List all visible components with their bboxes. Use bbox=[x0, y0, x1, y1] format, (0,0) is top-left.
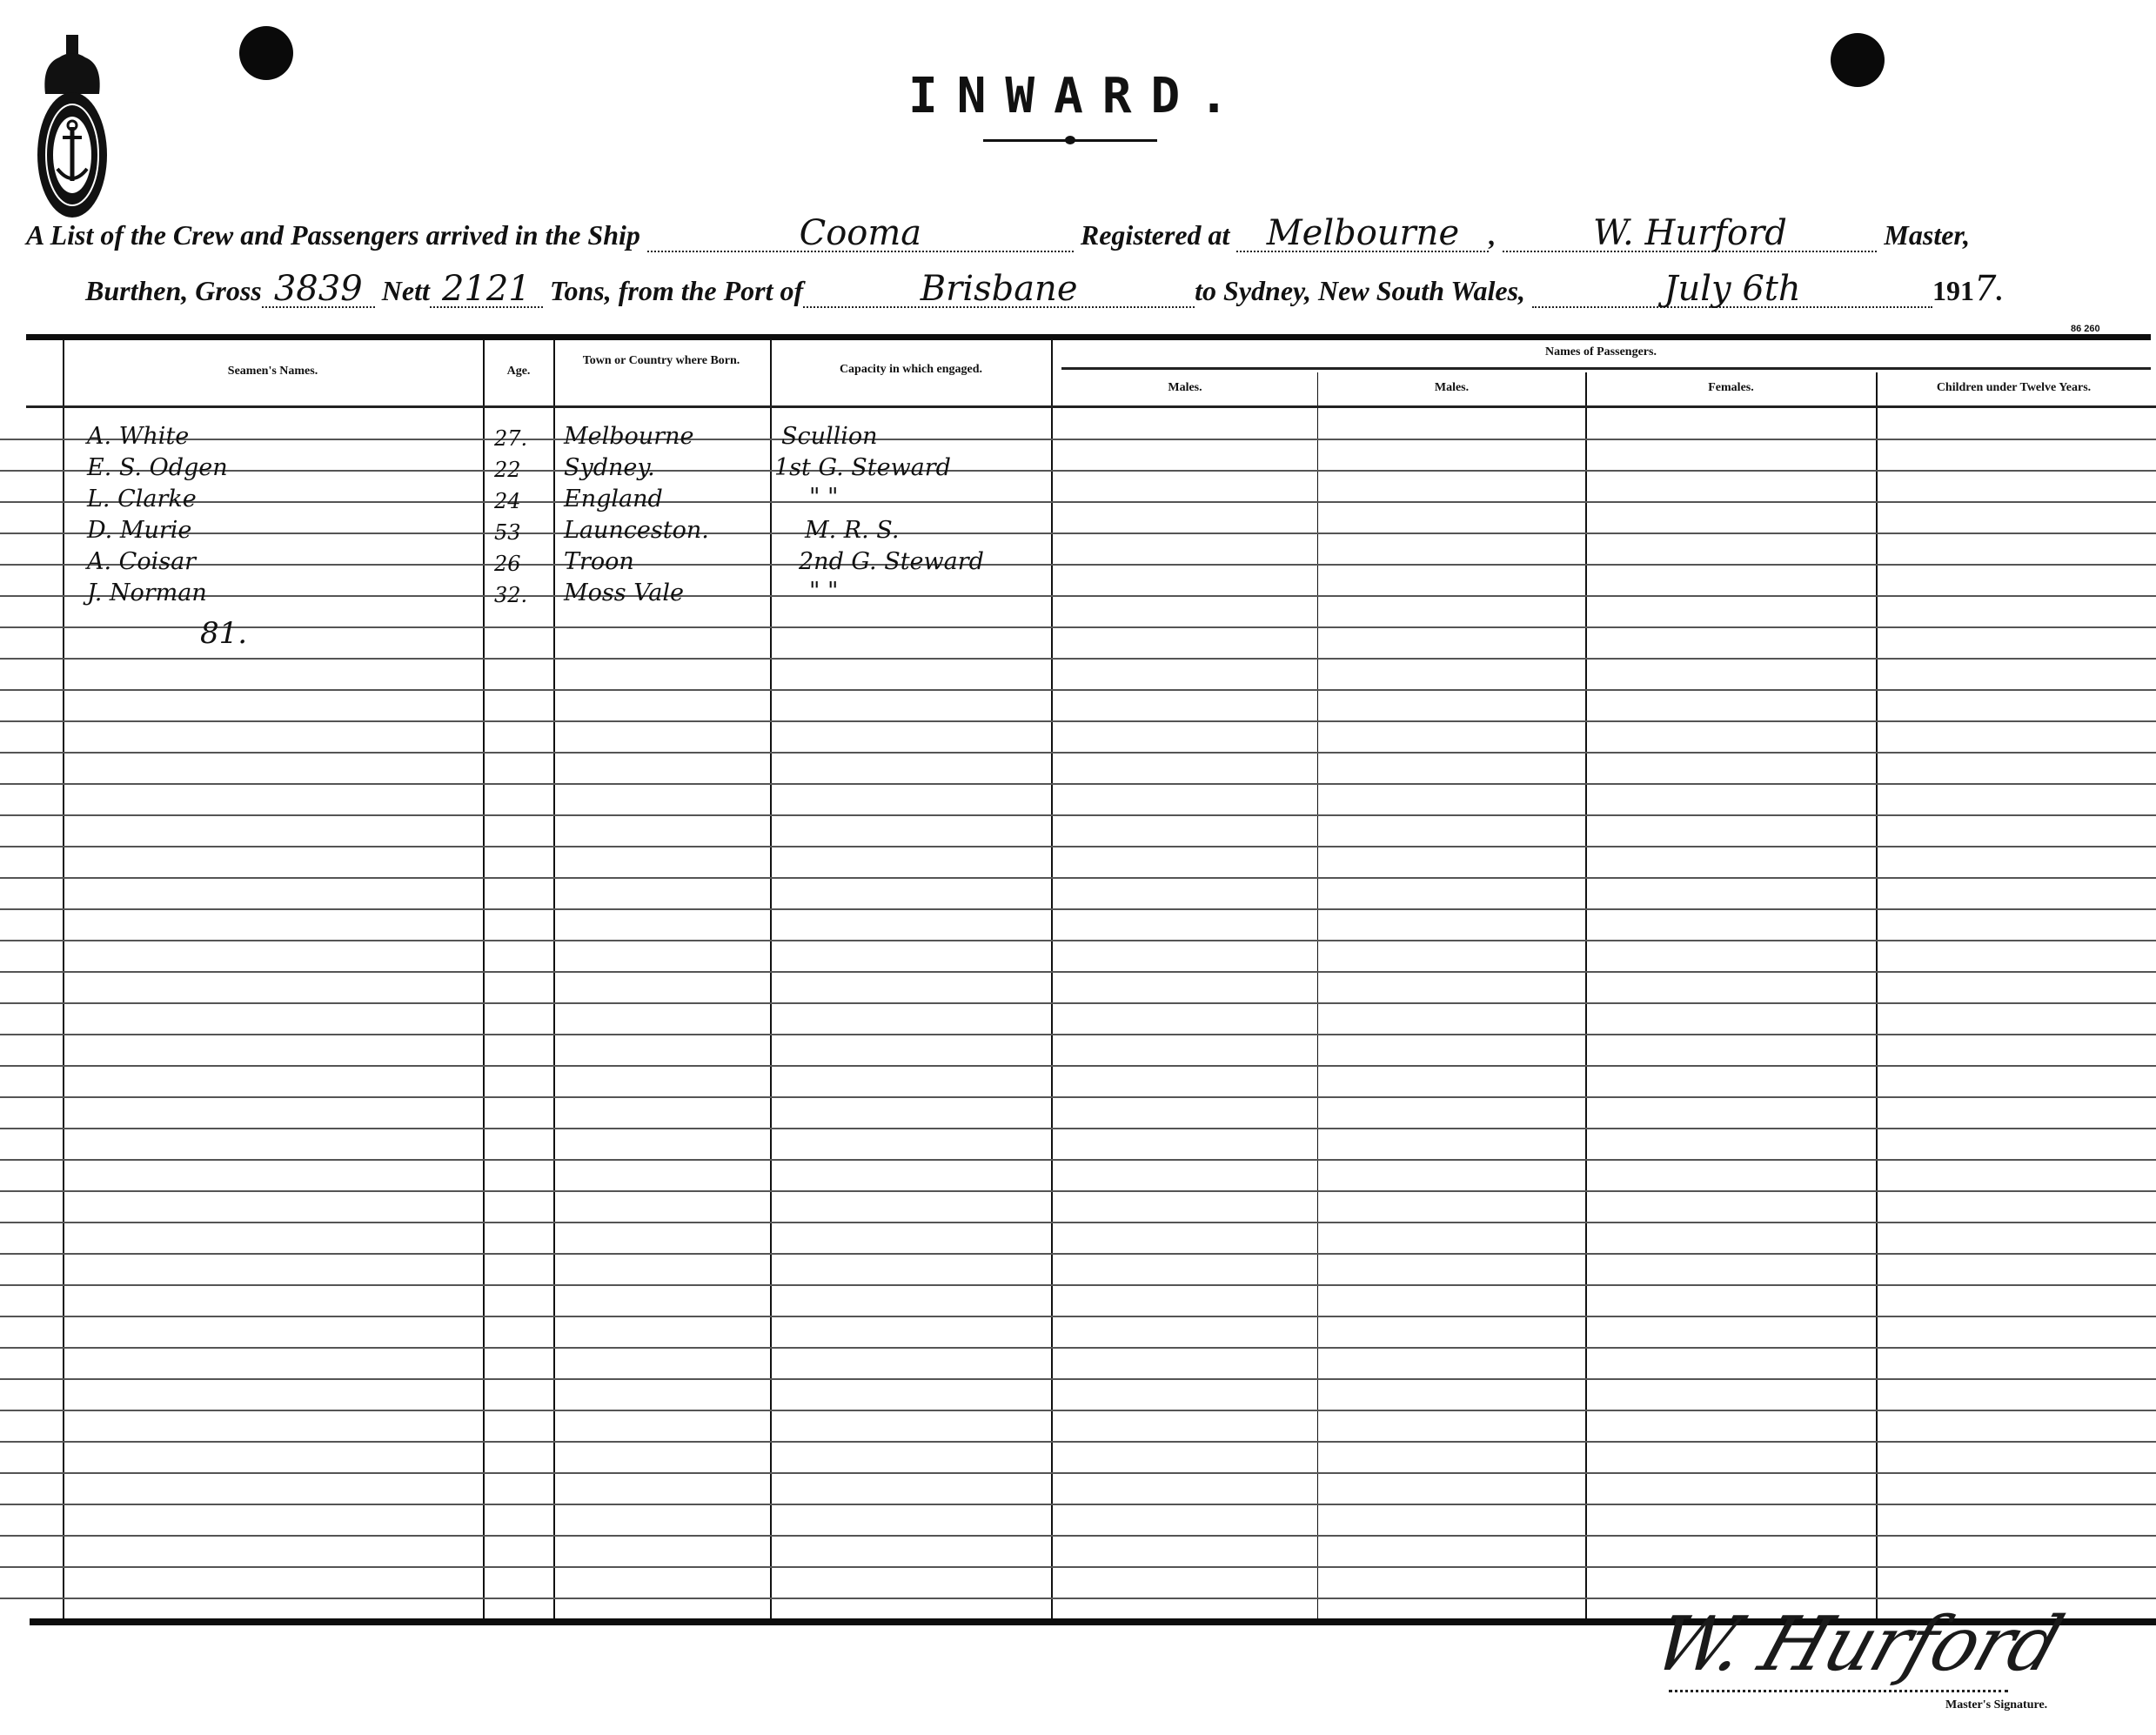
ruled-line bbox=[0, 1598, 2156, 1599]
master-label: Master, bbox=[1884, 219, 1970, 251]
tons-from-label: Tons, from the Port of bbox=[550, 275, 803, 306]
seaman-born: Melbourne bbox=[564, 423, 693, 450]
seaman-age: 26 bbox=[494, 552, 521, 576]
seaman-capacity: 2nd G. Steward bbox=[799, 548, 984, 575]
ruled-line bbox=[0, 1253, 2156, 1255]
comma: , bbox=[1489, 219, 1496, 251]
ruled-line bbox=[0, 689, 2156, 691]
master-name-field[interactable]: W. Hurford bbox=[1503, 216, 1877, 252]
form-number: 86 260 bbox=[2071, 324, 2100, 334]
ruled-line bbox=[0, 1410, 2156, 1411]
registered-label: Registered at bbox=[1081, 219, 1230, 251]
signature-rule bbox=[1669, 1690, 2008, 1692]
nett-tons-field[interactable]: 2121 bbox=[430, 271, 543, 308]
ruled-line bbox=[0, 1284, 2156, 1286]
seaman-age: 53 bbox=[494, 520, 521, 545]
col-divider-children bbox=[1876, 372, 1878, 1618]
year-suffix-field[interactable]: 7 bbox=[1974, 271, 1996, 306]
ruled-line bbox=[0, 1316, 2156, 1317]
seaman-age: 32. bbox=[494, 583, 527, 607]
seaman-born: Moss Vale bbox=[564, 579, 684, 606]
ruled-line bbox=[0, 1190, 2156, 1192]
ruled-line bbox=[0, 564, 2156, 566]
col-header-age: Age. bbox=[484, 364, 553, 379]
col-divider-females bbox=[1585, 372, 1587, 1618]
ruled-line bbox=[0, 501, 2156, 503]
ruled-line bbox=[0, 1535, 2156, 1537]
ruled-line bbox=[0, 814, 2156, 816]
registered-port-field[interactable]: Melbourne bbox=[1236, 216, 1489, 252]
ruled-line bbox=[0, 752, 2156, 754]
ruled-line bbox=[0, 1378, 2156, 1380]
gross-tons-field[interactable]: 3839 bbox=[262, 271, 375, 308]
col-divider-left bbox=[63, 339, 64, 1618]
nett-label: Nett bbox=[382, 275, 430, 306]
passenger-group-rule bbox=[1061, 367, 2151, 370]
ruled-line bbox=[0, 533, 2156, 534]
seaman-capacity: " " bbox=[809, 578, 838, 605]
header-bottom-rule bbox=[26, 405, 2156, 408]
master-signature: W. Hurford bbox=[1644, 1601, 2072, 1688]
ruled-line bbox=[0, 1472, 2156, 1474]
ruled-line bbox=[0, 626, 2156, 628]
ruled-line bbox=[0, 971, 2156, 973]
seaman-capacity: Scullion bbox=[781, 423, 878, 450]
col-divider-age bbox=[483, 339, 485, 1618]
ship-name-field[interactable]: Cooma bbox=[647, 216, 1074, 252]
ruled-line bbox=[0, 1441, 2156, 1443]
seaman-age: 24 bbox=[494, 489, 521, 513]
ruled-line bbox=[0, 1128, 2156, 1129]
ruled-line bbox=[0, 1566, 2156, 1568]
col-header-born: Town or Country where Born. bbox=[574, 353, 748, 369]
table-top-rule bbox=[26, 334, 2151, 340]
seaman-capacity: 1st G. Steward bbox=[774, 454, 951, 481]
seaman-name: E. S. Odgen bbox=[87, 454, 228, 481]
ruled-line bbox=[0, 1504, 2156, 1505]
ruled-line bbox=[0, 1347, 2156, 1349]
seaman-name: L. Clarke bbox=[87, 486, 197, 512]
date-field[interactable]: July 6th bbox=[1532, 271, 1932, 308]
ruled-line bbox=[0, 1034, 2156, 1035]
header-line-ship: A List of the Crew and Passengers arrive… bbox=[26, 216, 2149, 252]
seaman-born: Troon bbox=[564, 548, 634, 575]
ruled-line bbox=[0, 470, 2156, 472]
signature-label: Master's Signature. bbox=[1945, 1698, 2047, 1712]
from-port-field[interactable]: Brisbane bbox=[803, 271, 1195, 308]
ruled-line bbox=[0, 877, 2156, 879]
ruled-line bbox=[0, 1222, 2156, 1223]
seaman-name: A. White bbox=[87, 423, 189, 450]
ruled-line bbox=[0, 940, 2156, 941]
col-divider-males2 bbox=[1317, 372, 1318, 1618]
seaman-age: 27. bbox=[494, 426, 527, 451]
title-ornament-dot bbox=[1065, 136, 1075, 144]
col-divider-capacity bbox=[770, 339, 772, 1618]
ruled-line bbox=[0, 908, 2156, 910]
col-header-males-2: Males. bbox=[1318, 380, 1585, 396]
seaman-name: A. Coisar bbox=[87, 548, 196, 575]
seaman-born: Sydney. bbox=[564, 454, 655, 481]
burthen-gross-label: Burthen, Gross bbox=[85, 275, 262, 306]
col-header-capacity: Capacity in which engaged. bbox=[771, 362, 1051, 378]
col-divider-born bbox=[553, 339, 555, 1618]
seaman-age: 22 bbox=[494, 458, 521, 482]
ruled-line bbox=[0, 846, 2156, 847]
seaman-capacity: " " bbox=[809, 484, 838, 511]
col-header-children: Children under Twelve Years. bbox=[1877, 380, 2151, 396]
year-period: . bbox=[1996, 275, 2003, 306]
ruled-line bbox=[0, 1159, 2156, 1161]
col-divider-passengers bbox=[1051, 339, 1053, 1618]
ruled-line bbox=[0, 720, 2156, 722]
seaman-born: England bbox=[564, 486, 663, 512]
ruled-line bbox=[0, 1065, 2156, 1067]
ruled-line bbox=[0, 595, 2156, 597]
seaman-name: J. Norman bbox=[87, 579, 207, 606]
col-header-females: Females. bbox=[1586, 380, 1876, 396]
col-header-seamen: Seamen's Names. bbox=[63, 364, 483, 379]
seaman-name: D. Murie bbox=[87, 517, 191, 544]
anchor-crown-seal-icon bbox=[33, 33, 111, 224]
year-prefix: 191 bbox=[1932, 275, 1974, 306]
seaman-born: Launceston. bbox=[564, 517, 709, 544]
crew-list-prefix: A List of the Crew and Passengers arrive… bbox=[26, 219, 640, 251]
ruled-line bbox=[0, 783, 2156, 785]
crew-total: 81. bbox=[200, 616, 247, 651]
document-title: INWARD. bbox=[0, 68, 2156, 124]
ruled-line bbox=[0, 439, 2156, 440]
ruled-line bbox=[0, 1002, 2156, 1004]
to-sydney-label: to Sydney, New South Wales, bbox=[1195, 275, 1525, 306]
col-header-males-1: Males. bbox=[1053, 380, 1317, 396]
header-line-burthen: Burthen, Gross3839 Nett2121 Tons, from t… bbox=[85, 271, 2156, 308]
col-header-passengers-group: Names of Passengers. bbox=[1051, 345, 2151, 360]
ruled-line bbox=[0, 658, 2156, 660]
seaman-capacity: M. R. S. bbox=[805, 517, 899, 544]
ruled-line bbox=[0, 1096, 2156, 1098]
